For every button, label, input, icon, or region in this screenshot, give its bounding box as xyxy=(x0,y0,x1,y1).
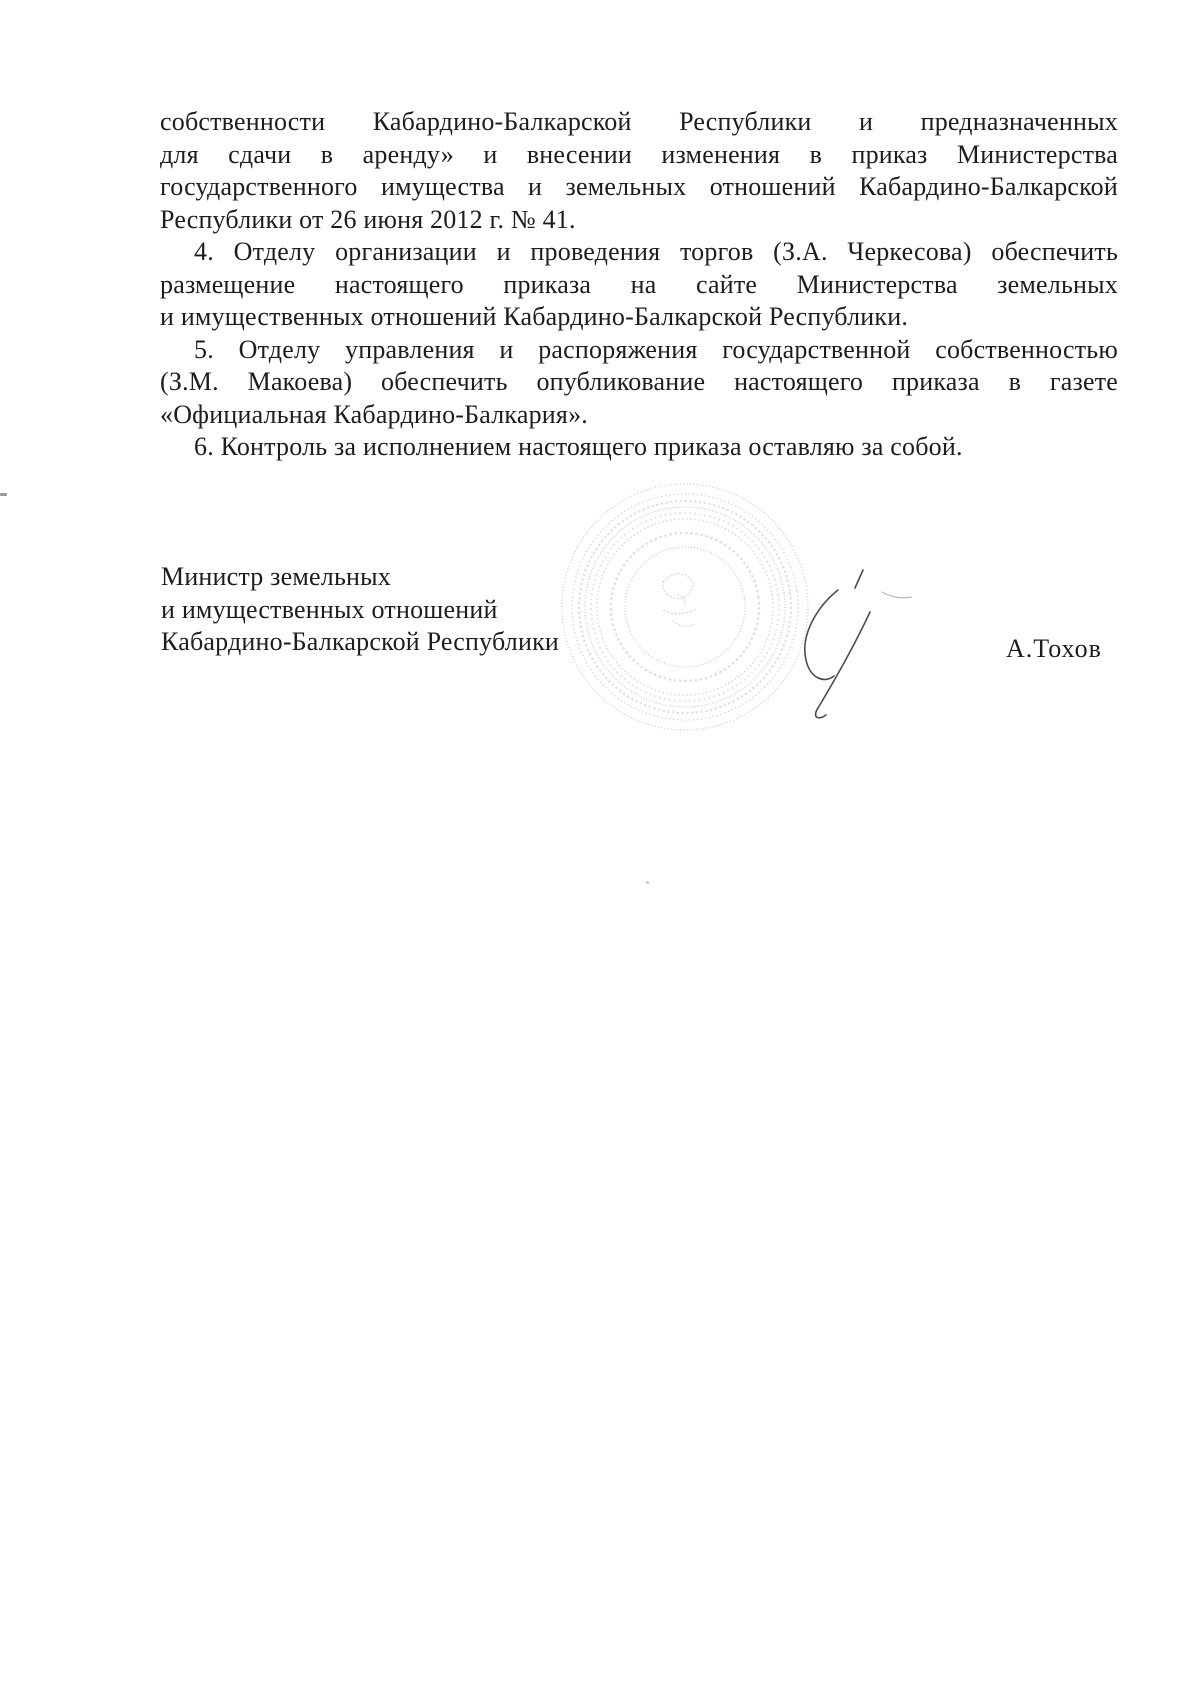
signatory-title-line: Министр земельных xyxy=(161,561,559,594)
signatory-title-line: и имущественных отношений xyxy=(161,594,559,627)
body-line: 4. Отделу организации и проведения торго… xyxy=(160,236,1118,269)
signatory-name: А.Тохов xyxy=(1006,634,1102,664)
body-line: (З.М. Макоева) обеспечить опубликование … xyxy=(160,366,1118,399)
handwritten-signature xyxy=(760,548,930,733)
signature-stroke xyxy=(816,612,870,718)
seal-text-band xyxy=(601,523,768,690)
signature-stroke xyxy=(882,592,911,598)
scan-artifact-dash xyxy=(0,493,7,496)
body-line: Республики от 26 июня 2012 г. № 41. xyxy=(160,204,1118,237)
body-line: «Официальная Кабардино-Балкария». xyxy=(160,399,1118,432)
signature-stroke xyxy=(805,590,838,679)
body-line: собственности Кабардино-Балкарской Респу… xyxy=(160,106,1118,139)
body-line: 5. Отделу управления и распоряжения госу… xyxy=(160,334,1118,367)
body-line: государственного имущества и земельных о… xyxy=(160,171,1118,204)
signature-stroke xyxy=(855,570,863,588)
body-line: размещение настоящего приказа на сайте М… xyxy=(160,269,1118,302)
order-body: собственности Кабардино-Балкарской Респу… xyxy=(160,106,1118,464)
body-line: и имущественных отношений Кабардино-Балк… xyxy=(160,301,1118,334)
seal-emblem xyxy=(658,572,698,629)
body-line: для сдачи в аренду» и внесении изменения… xyxy=(160,139,1118,172)
body-line: 6. Контроль за исполнением настоящего пр… xyxy=(160,431,1118,464)
signatory-title-line: Кабардино-Балкарской Республики xyxy=(161,626,559,659)
scan-artifact-dot xyxy=(646,881,649,884)
signatory-title: Министр земельныхи имущественных отношен… xyxy=(161,561,559,659)
document-page: собственности Кабардино-Балкарской Респу… xyxy=(0,0,1200,1690)
seal-ring xyxy=(617,539,753,675)
seal-ring xyxy=(586,508,785,707)
